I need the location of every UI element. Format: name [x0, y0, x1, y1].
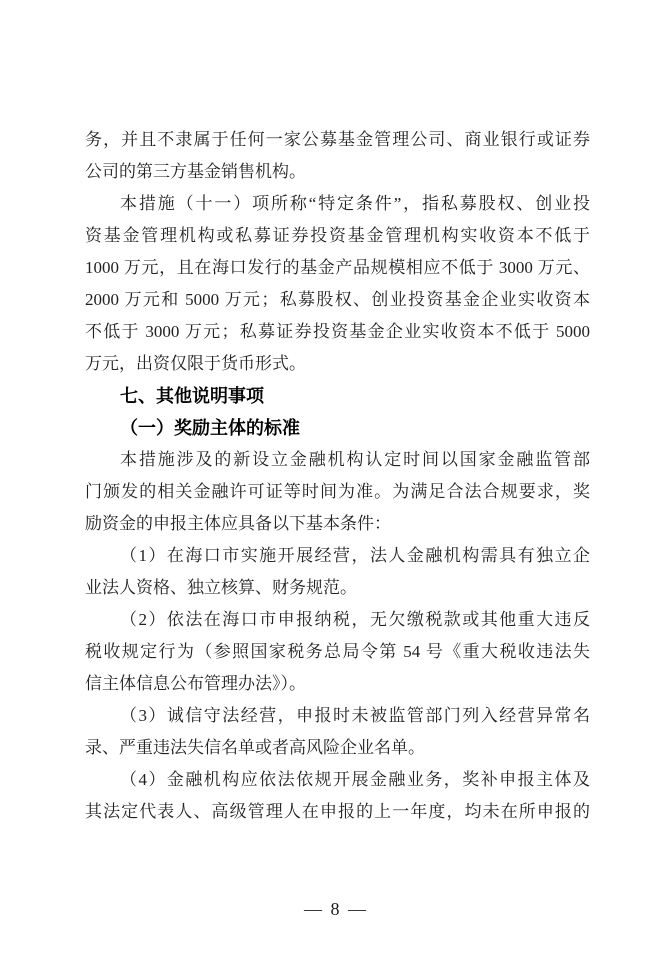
text-line: 2000 万元和 5000 万元；私募股权、创业投资基金企业实收资本	[85, 284, 590, 316]
text-line: 资基金管理机构或私募证券投资基金管理机构实收资本不低于	[85, 220, 590, 252]
text-line: 录、严重违法失信名单或者高风险企业名单。	[85, 732, 590, 764]
section-heading: 七、其他说明事项	[85, 380, 590, 412]
text-line: 信主体信息公布管理办法》）。	[85, 668, 590, 700]
text-line: （3）诚信守法经营，申报时未被监管部门列入经营异常名	[85, 700, 590, 732]
page-number: — 8 —	[0, 895, 672, 923]
document-body: 务，并且不隶属于任何一家公募基金管理公司、商业银行或证券 公司的第三方基金销售机…	[85, 124, 590, 828]
text-line: 1000 万元，且在海口发行的基金产品规模相应不低于 3000 万元、	[85, 252, 590, 284]
text-line: 业法人资格、独立核算、财务规范。	[85, 572, 590, 604]
text-line: 励资金的申报主体应具备以下基本条件：	[85, 508, 590, 540]
text-line: 税收规定行为（参照国家税务总局令第 54 号《重大税收违法失	[85, 636, 590, 668]
text-line: （1）在海口市实施开展经营，法人金融机构需具有独立企	[85, 540, 590, 572]
text-line: （2）依法在海口市申报纳税，无欠缴税款或其他重大违反	[85, 604, 590, 636]
text-line: 务，并且不隶属于任何一家公募基金管理公司、商业银行或证券	[85, 124, 590, 156]
text-line: 本措施涉及的新设立金融机构认定时间以国家金融监管部	[85, 444, 590, 476]
text-line: （4）金融机构应依法依规开展金融业务，奖补申报主体及	[85, 764, 590, 796]
text-line: 本措施（十一）项所称“特定条件”，指私募股权、创业投	[85, 188, 590, 220]
subsection-heading: （一）奖励主体的标准	[85, 412, 590, 444]
text-line: 其法定代表人、高级管理人在申报的上一年度，均未在所申报的	[85, 796, 590, 828]
text-line: 不低于 3000 万元；私募证券投资基金企业实收资本不低于 5000	[85, 316, 590, 348]
text-line: 万元，出资仅限于货币形式。	[85, 348, 590, 380]
text-line: 公司的第三方基金销售机构。	[85, 156, 590, 188]
document-page: 务，并且不隶属于任何一家公募基金管理公司、商业银行或证券 公司的第三方基金销售机…	[0, 0, 672, 963]
text-line: 门颁发的相关金融许可证等时间为准。为满足合法合规要求，奖	[85, 476, 590, 508]
